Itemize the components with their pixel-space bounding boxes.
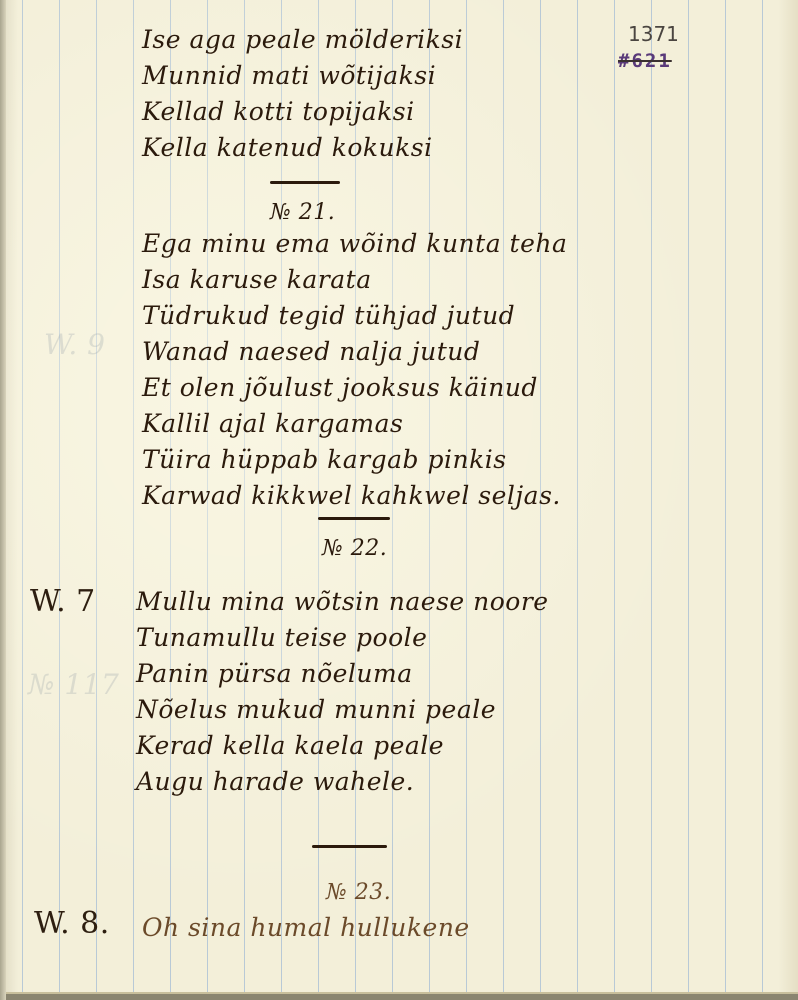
- top-stanza: Ise aga peale mölderiksi Munnid mati wõt…: [142, 22, 463, 166]
- verse-line: Kellad kotti topijaksi: [142, 94, 463, 130]
- section-divider: [318, 517, 390, 520]
- archive-number: 1371: [628, 22, 679, 46]
- verse-line: Ega minu ema wõind kunta teha: [142, 226, 567, 262]
- song-number-22: № 22.: [322, 536, 387, 561]
- struck-old-number: #621: [618, 50, 672, 72]
- verse-line: Augu harade wahele.: [136, 764, 549, 800]
- verse-line: Isa karuse karata: [142, 262, 567, 298]
- verse-line: Panin pürsa nõeluma: [136, 656, 549, 692]
- song-23-verses: Oh sina humal hullukene: [142, 910, 470, 946]
- verse-line: Nõelus mukud munni peale: [136, 692, 549, 728]
- verse-line: Karwad kikkwel kahkwel seljas.: [142, 478, 567, 514]
- song-21-verses: Ega minu ema wõind kunta teha Isa karuse…: [142, 226, 567, 514]
- song-number-21: № 21.: [270, 200, 335, 225]
- song-number-23: № 23.: [326, 880, 391, 905]
- verse-line: Mullu mina wõtsin naese noore: [136, 584, 549, 620]
- margin-note-w8: W. 8.: [34, 906, 110, 941]
- verse-line: Wanad naesed nalja jutud: [142, 334, 567, 370]
- verse-line: Et olen jõulust jooksus käinud: [142, 370, 567, 406]
- verse-line: Ise aga peale mölderiksi: [142, 22, 463, 58]
- section-divider: [270, 181, 340, 184]
- verse-line: Munnid mati wõtijaksi: [142, 58, 463, 94]
- verse-line: Kallil ajal kargamas: [142, 406, 567, 442]
- verse-line: Tüira hüppab kargab pinkis: [142, 442, 567, 478]
- verse-line: Kella katenud kokuksi: [142, 130, 463, 166]
- margin-note-w7: W. 7: [30, 584, 96, 619]
- bleed-through-mark: № 117: [28, 668, 119, 701]
- song-22-verses: Mullu mina wõtsin naese noore Tunamullu …: [136, 584, 549, 800]
- section-divider: [312, 845, 387, 848]
- verse-line: Tunamullu teise poole: [136, 620, 549, 656]
- verse-line: Kerad kella kaela peale: [136, 728, 549, 764]
- verse-line: Tüdrukud tegid tühjad jutud: [142, 298, 567, 334]
- page-spine-edge: [0, 0, 6, 1000]
- verse-line: Oh sina humal hullukene: [142, 910, 470, 946]
- bleed-through-mark: W. 9: [44, 328, 106, 361]
